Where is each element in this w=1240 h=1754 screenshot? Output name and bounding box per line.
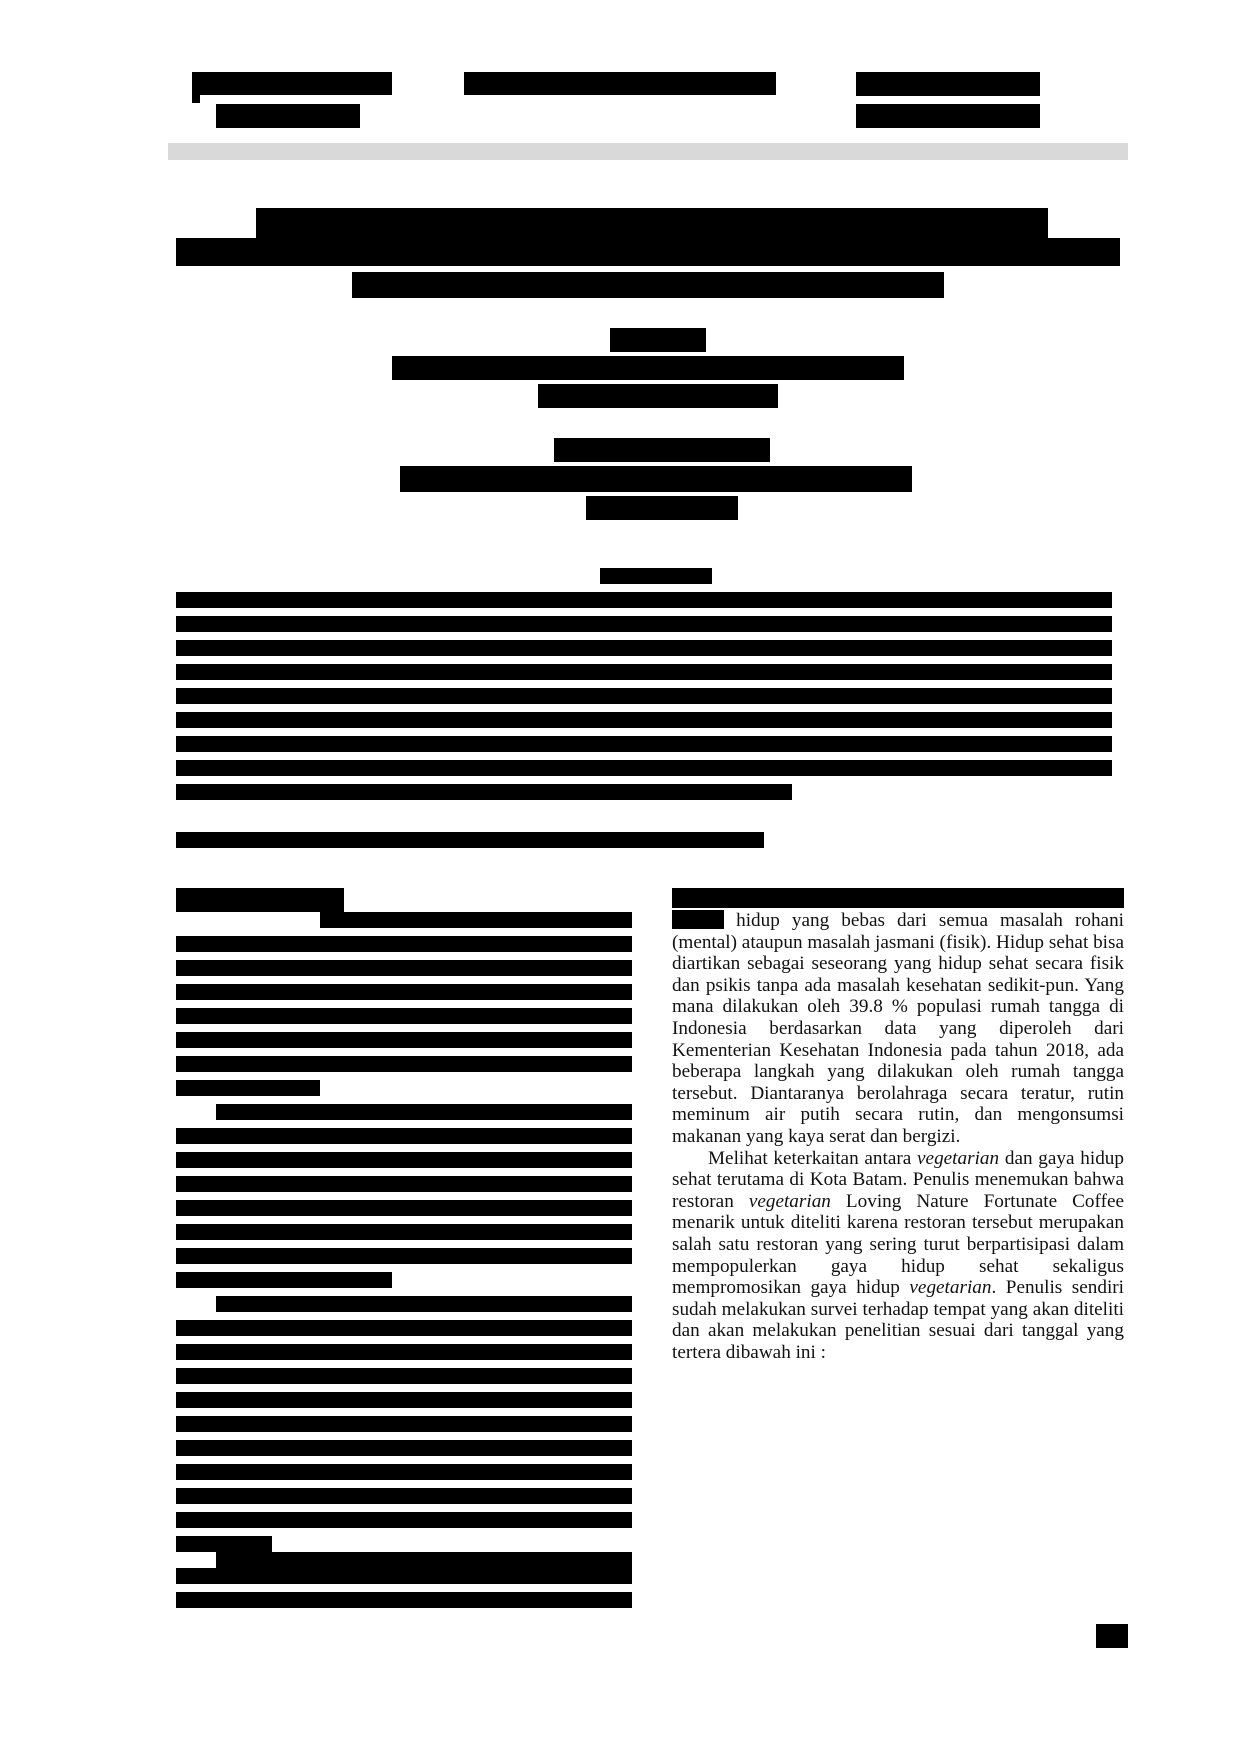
header-right-line2-redacted (856, 104, 1040, 128)
left-col-line-29 (176, 1568, 632, 1584)
abstract-line-5 (176, 688, 1112, 704)
italic-term: vegetarian (909, 1277, 991, 1298)
paragraph-vegetarian-batam: Melihat keterkaitan antara vegetarian da… (672, 1148, 1124, 1364)
left-col-line-28 (216, 1552, 632, 1568)
left-col-line-16 (176, 1272, 392, 1288)
left-col-line-9 (216, 1104, 632, 1120)
abstract-line-7 (176, 736, 1112, 752)
abstract-line-9 (176, 784, 792, 800)
right-column: hidup yang bebas dari semua masalah roha… (672, 888, 1124, 1363)
left-col-line-8 (176, 1080, 320, 1096)
left-col-line-20 (176, 1368, 632, 1384)
abstract-line-2 (176, 616, 1112, 632)
left-col-line-1 (320, 912, 632, 928)
paragraph-2-text-a: Melihat keterkaitan antara (708, 1148, 917, 1169)
left-col-line-19 (176, 1344, 632, 1360)
left-col-line-7 (176, 1056, 632, 1072)
author-1-affiliation-redacted (392, 356, 904, 380)
left-col-line-4 (176, 984, 632, 1000)
left-col-line-13 (176, 1200, 632, 1216)
left-col-line-25 (176, 1488, 632, 1504)
title-line-3-redacted (352, 272, 944, 298)
left-col-line-18 (176, 1320, 632, 1336)
left-col-line-6 (176, 1032, 632, 1048)
header-rule (168, 143, 1128, 160)
author-2-affiliation-redacted (400, 466, 912, 492)
left-col-line-22 (176, 1416, 632, 1432)
left-col-line-12 (176, 1176, 632, 1192)
section-heading-redacted (176, 888, 344, 912)
left-col-line-21 (176, 1392, 632, 1408)
author-2-name-redacted (554, 438, 770, 462)
left-col-line-3 (176, 960, 632, 976)
paragraph-1-text: hidup yang bebas dari semua masalah roha… (672, 910, 1124, 1147)
left-col-line-14 (176, 1224, 632, 1240)
italic-term: vegetarian (749, 1191, 831, 1212)
header-left-line1-tail (192, 95, 200, 103)
right-col-redacted-word (672, 910, 724, 929)
abstract-line-6 (176, 712, 1112, 728)
abstract-heading-redacted (600, 568, 712, 584)
abstract-line-8 (176, 760, 1112, 776)
left-col-line-10 (176, 1128, 632, 1144)
author-2-email-redacted (586, 496, 738, 520)
header-center-redacted (464, 72, 776, 95)
left-col-line-27 (176, 1536, 272, 1552)
paragraph-healthy-lifestyle: hidup yang bebas dari semua masalah roha… (672, 910, 1124, 1148)
left-col-line-5 (176, 1008, 632, 1024)
author-1-name-redacted (610, 328, 706, 352)
title-line-1-redacted (256, 208, 1048, 238)
keywords-redacted (176, 832, 764, 848)
header-left-line1-redacted (192, 72, 392, 95)
left-col-line-17 (216, 1296, 632, 1312)
left-col-line-2 (176, 936, 632, 952)
page-number-redacted (1096, 1624, 1128, 1648)
abstract-line-4 (176, 664, 1112, 680)
abstract-line-3 (176, 640, 1112, 656)
header-left-line2-redacted (216, 104, 360, 128)
left-col-line-15 (176, 1248, 632, 1264)
right-col-first-line-redacted (672, 888, 1124, 908)
title-line-2-redacted (176, 238, 1120, 266)
left-col-line-24 (176, 1464, 632, 1480)
abstract-line-1 (176, 592, 1112, 608)
author-1-email-redacted (538, 384, 778, 408)
left-col-line-30 (176, 1592, 632, 1608)
header-right-line1-redacted (856, 72, 1040, 96)
left-col-line-23 (176, 1440, 632, 1456)
italic-term: vegetarian (917, 1148, 999, 1169)
left-col-line-26 (176, 1512, 632, 1528)
left-col-line-11 (176, 1152, 632, 1168)
